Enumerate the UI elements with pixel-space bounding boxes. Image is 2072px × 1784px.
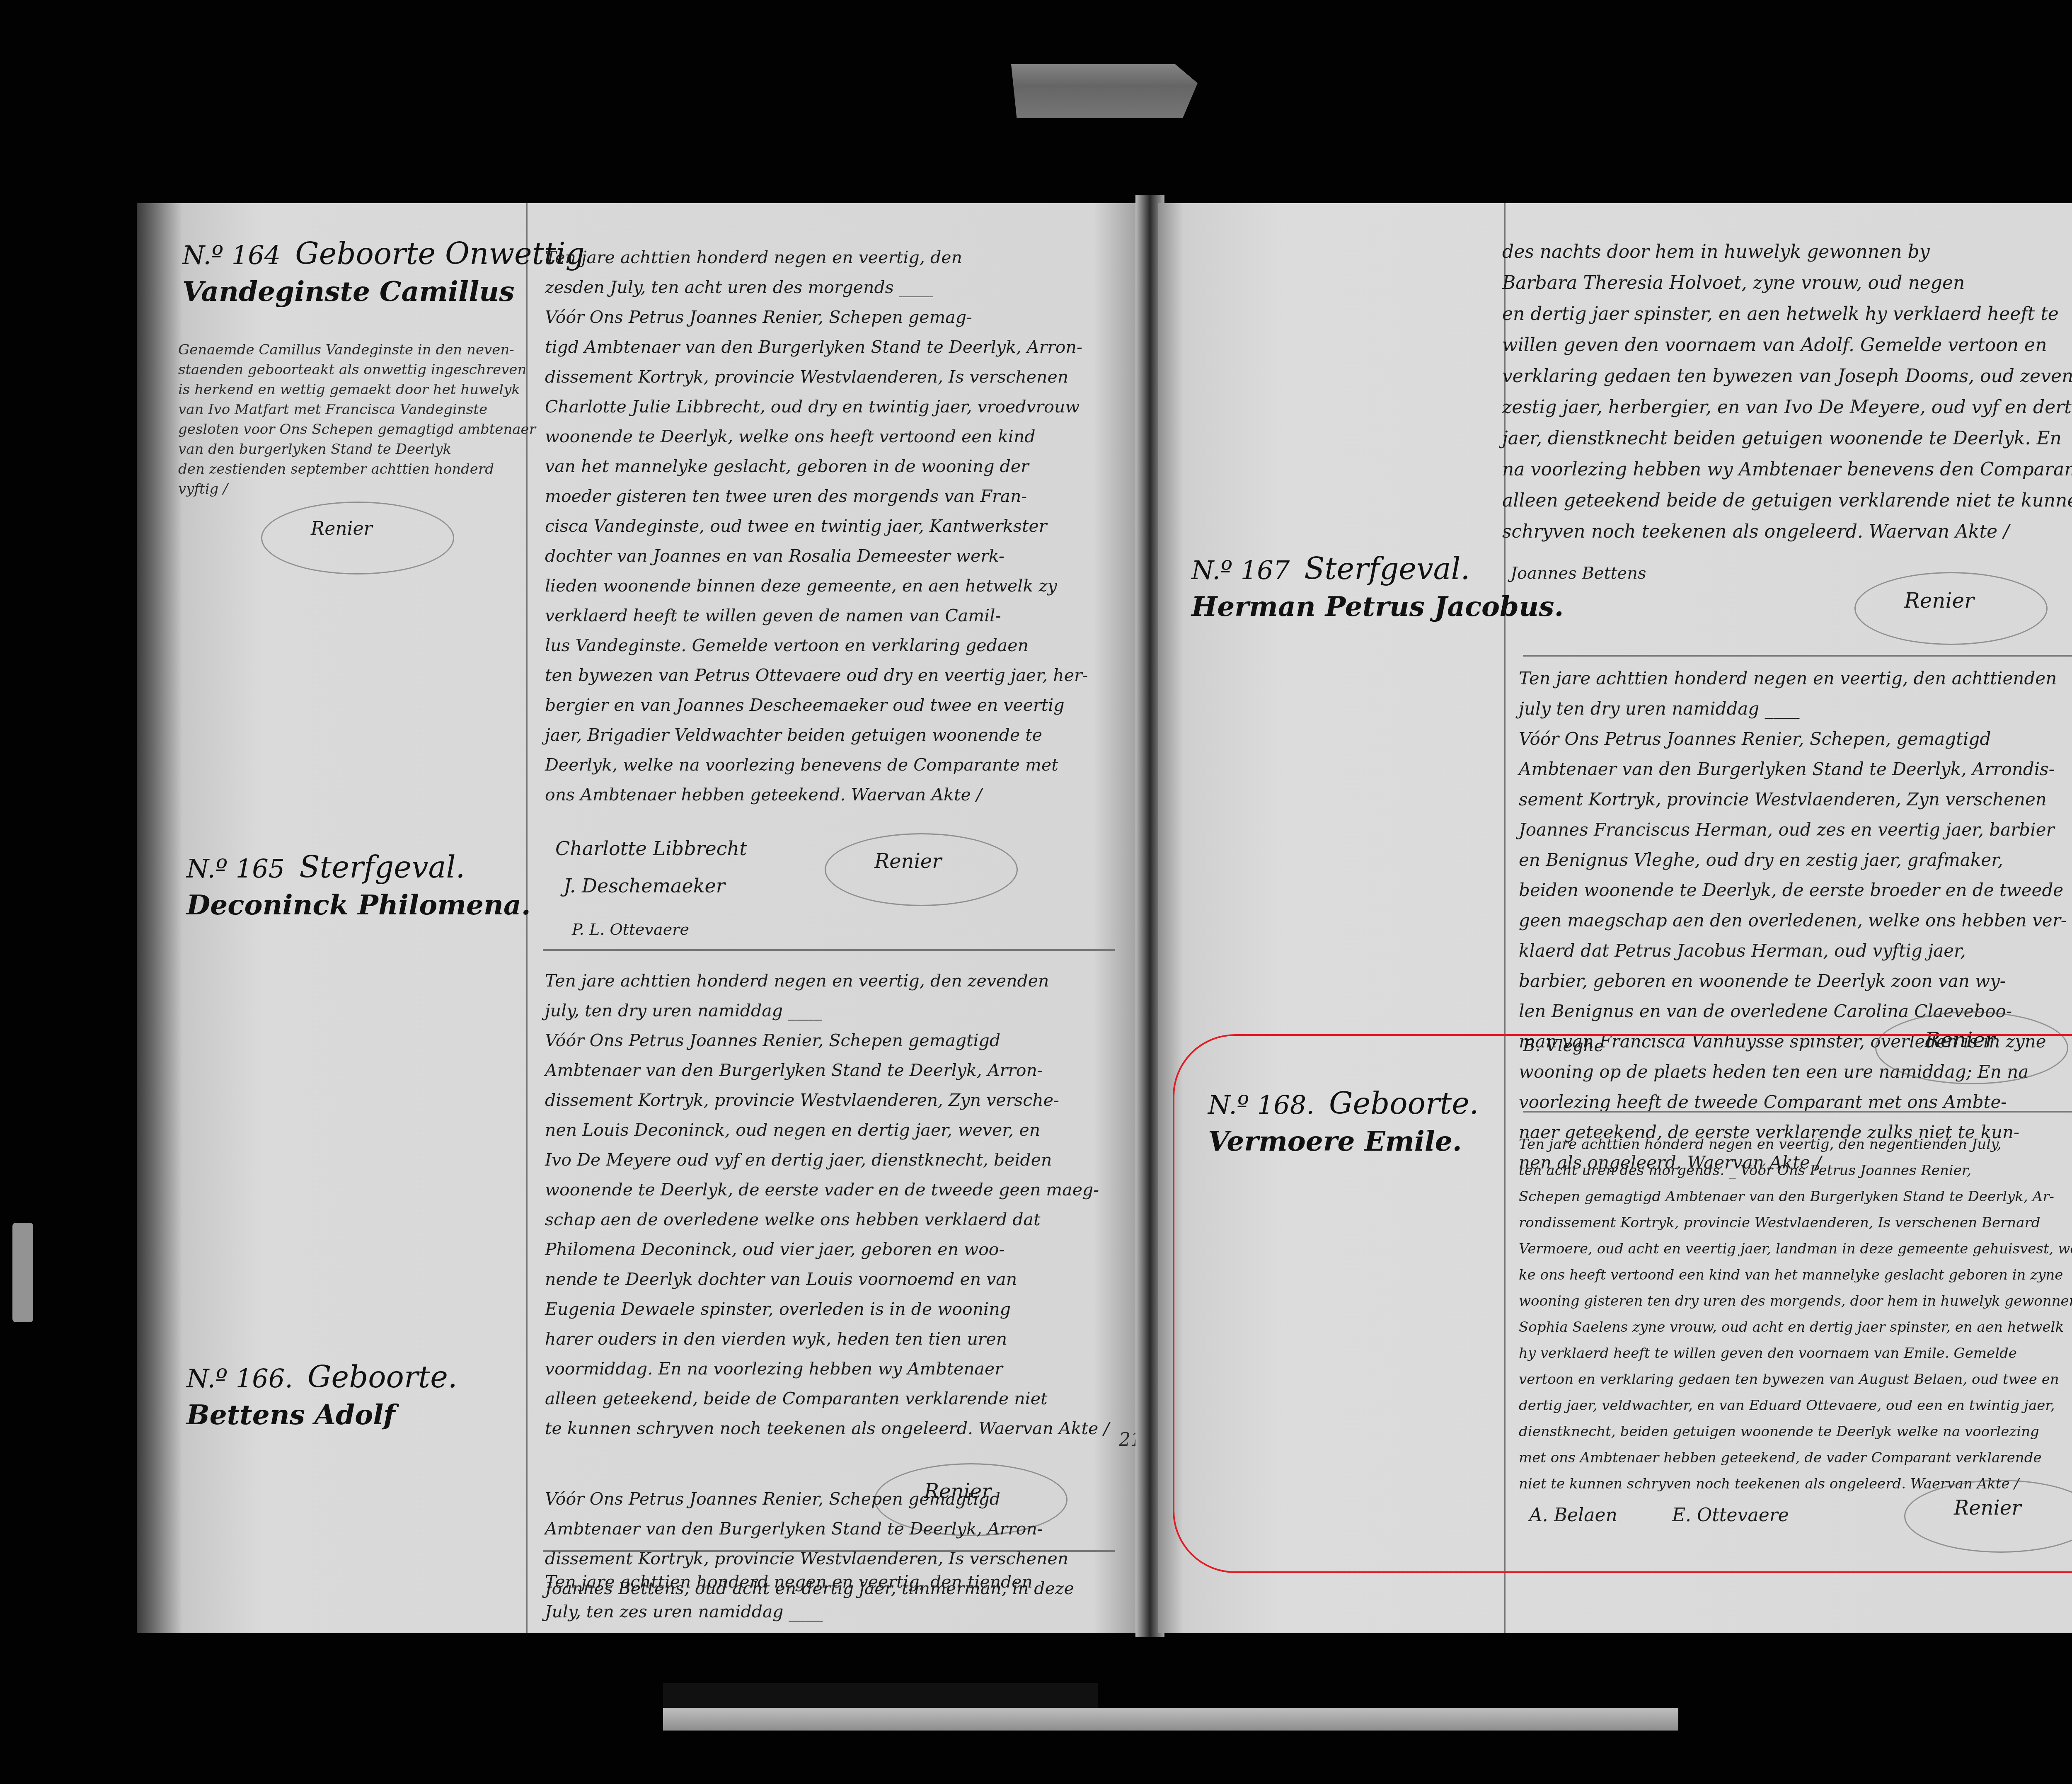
- entry-separator: [543, 949, 1115, 951]
- ledger-tab: [1011, 64, 1198, 118]
- entry-type: Geboorte Onwettig: [295, 236, 584, 271]
- entry-body-166-cont: Vóór Ons Petrus Joannes Renier, Schepen …: [545, 1484, 1074, 1603]
- entry-number: N.º 166.: [186, 1363, 293, 1394]
- highlighted-entry-168[interactable]: [1173, 1034, 2072, 1573]
- entry-separator: [1523, 655, 2072, 657]
- margin-note-164: Genaemde Camillus Vandeginste in den nev…: [178, 340, 536, 499]
- entry-heading-164: N.º 164 Geboorte Onwettig Vandeginste Ca…: [182, 236, 585, 308]
- entry-number: N.º 167: [1191, 555, 1290, 585]
- bottom-shadow: [663, 1683, 1098, 1708]
- entry-body-164: Ten jare achttien honderd negen en veert…: [545, 242, 1088, 810]
- entry-type: Geboorte.: [307, 1360, 457, 1394]
- entry-name: Vandeginste Camillus: [182, 275, 585, 308]
- bottom-edge-strip: [663, 1708, 1678, 1731]
- entry-body-165: Ten jare achttien honderd negen en veert…: [545, 966, 1109, 1443]
- binding-clip: [12, 1223, 33, 1322]
- left-page: N.º 164 Geboorte Onwettig Vandeginste Ca…: [137, 203, 1144, 1633]
- signature-renier: Renier: [874, 850, 942, 873]
- signature-ottevaere: P. L. Ottevaere: [572, 920, 689, 938]
- entry-name: Herman Petrus Jacobus.: [1191, 590, 1564, 623]
- signature-renier: Renier: [311, 518, 373, 539]
- entry-type: Sterfgeval.: [299, 850, 465, 885]
- signature-deschemaeker: J. Deschemaeker: [564, 875, 725, 897]
- entry-number: N.º 165: [186, 853, 285, 884]
- continuation-body-166: des nachts door hem in huwelyk gewonnen …: [1502, 236, 2072, 547]
- signature-libbrecht: Charlotte Libbrecht: [555, 837, 747, 860]
- entry-name: Deconinck Philomena.: [186, 889, 531, 921]
- entry-type: Sterfgeval.: [1304, 551, 1470, 586]
- entry-heading-165: N.º 165 Sterfgeval. Deconinck Philomena.: [186, 850, 531, 921]
- entry-number: N.º 164: [182, 240, 281, 270]
- signature-renier: Renier: [1904, 589, 1974, 613]
- entry-heading-167: N.º 167 Sterfgeval. Herman Petrus Jacobu…: [1191, 551, 1564, 623]
- entry-heading-166: N.º 166. Geboorte. Bettens Adolf: [186, 1360, 457, 1431]
- entry-name: Bettens Adolf: [186, 1399, 457, 1431]
